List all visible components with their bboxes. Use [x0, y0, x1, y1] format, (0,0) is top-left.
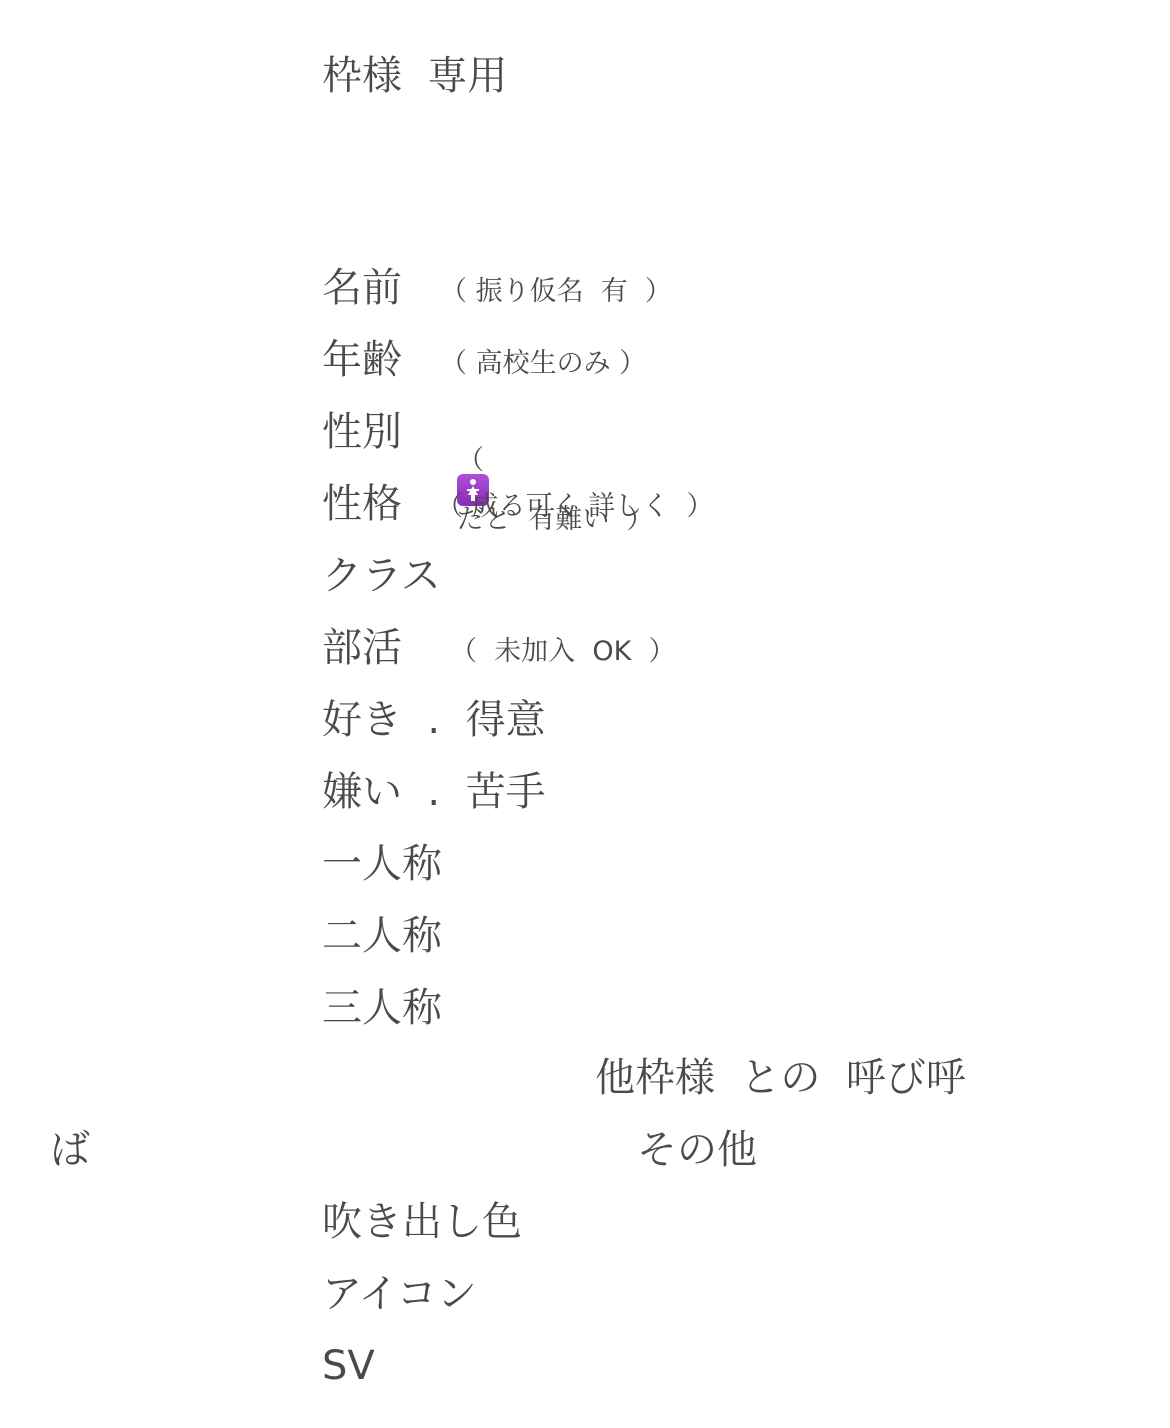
field-club-note: （ 未加入 OK ） [450, 638, 675, 665]
field-name-label: 名前 [322, 268, 402, 308]
field-name-note: （ 振り仮名 有 ） [440, 278, 672, 305]
note-open-paren: （ [457, 445, 484, 476]
page-title: 枠様 専用 [322, 56, 507, 96]
field-personality-note: （ 成る可く 詳しく ） [436, 493, 713, 520]
field-club-label: 部活 [322, 628, 402, 668]
field-nicknames-label: 他枠様 との 呼び呼 [595, 1058, 966, 1098]
field-second-person-label: 二人称 [322, 916, 442, 956]
field-class-label: クラス [322, 556, 441, 596]
field-likes-label: 好き . 得意 [322, 700, 546, 740]
field-age-note: （ 高校生のみ ） [440, 350, 646, 377]
field-age-label: 年齢 [322, 340, 402, 380]
field-bubble-color-label: 吹き出し色 [322, 1202, 522, 1242]
field-gender-label: 性別 [322, 412, 402, 452]
field-personality-label: 性格 [322, 484, 402, 524]
field-nicknames-label-wrap: ば [50, 1130, 90, 1170]
field-third-person-label: 三人称 [322, 988, 442, 1028]
field-icon-label: アイコン [322, 1274, 477, 1314]
field-dislikes-label: 嫌い . 苦手 [322, 772, 546, 812]
field-sv-label: SV [322, 1346, 375, 1386]
field-other-label: その他 [637, 1130, 757, 1170]
field-first-person-label: 一人称 [322, 844, 442, 884]
